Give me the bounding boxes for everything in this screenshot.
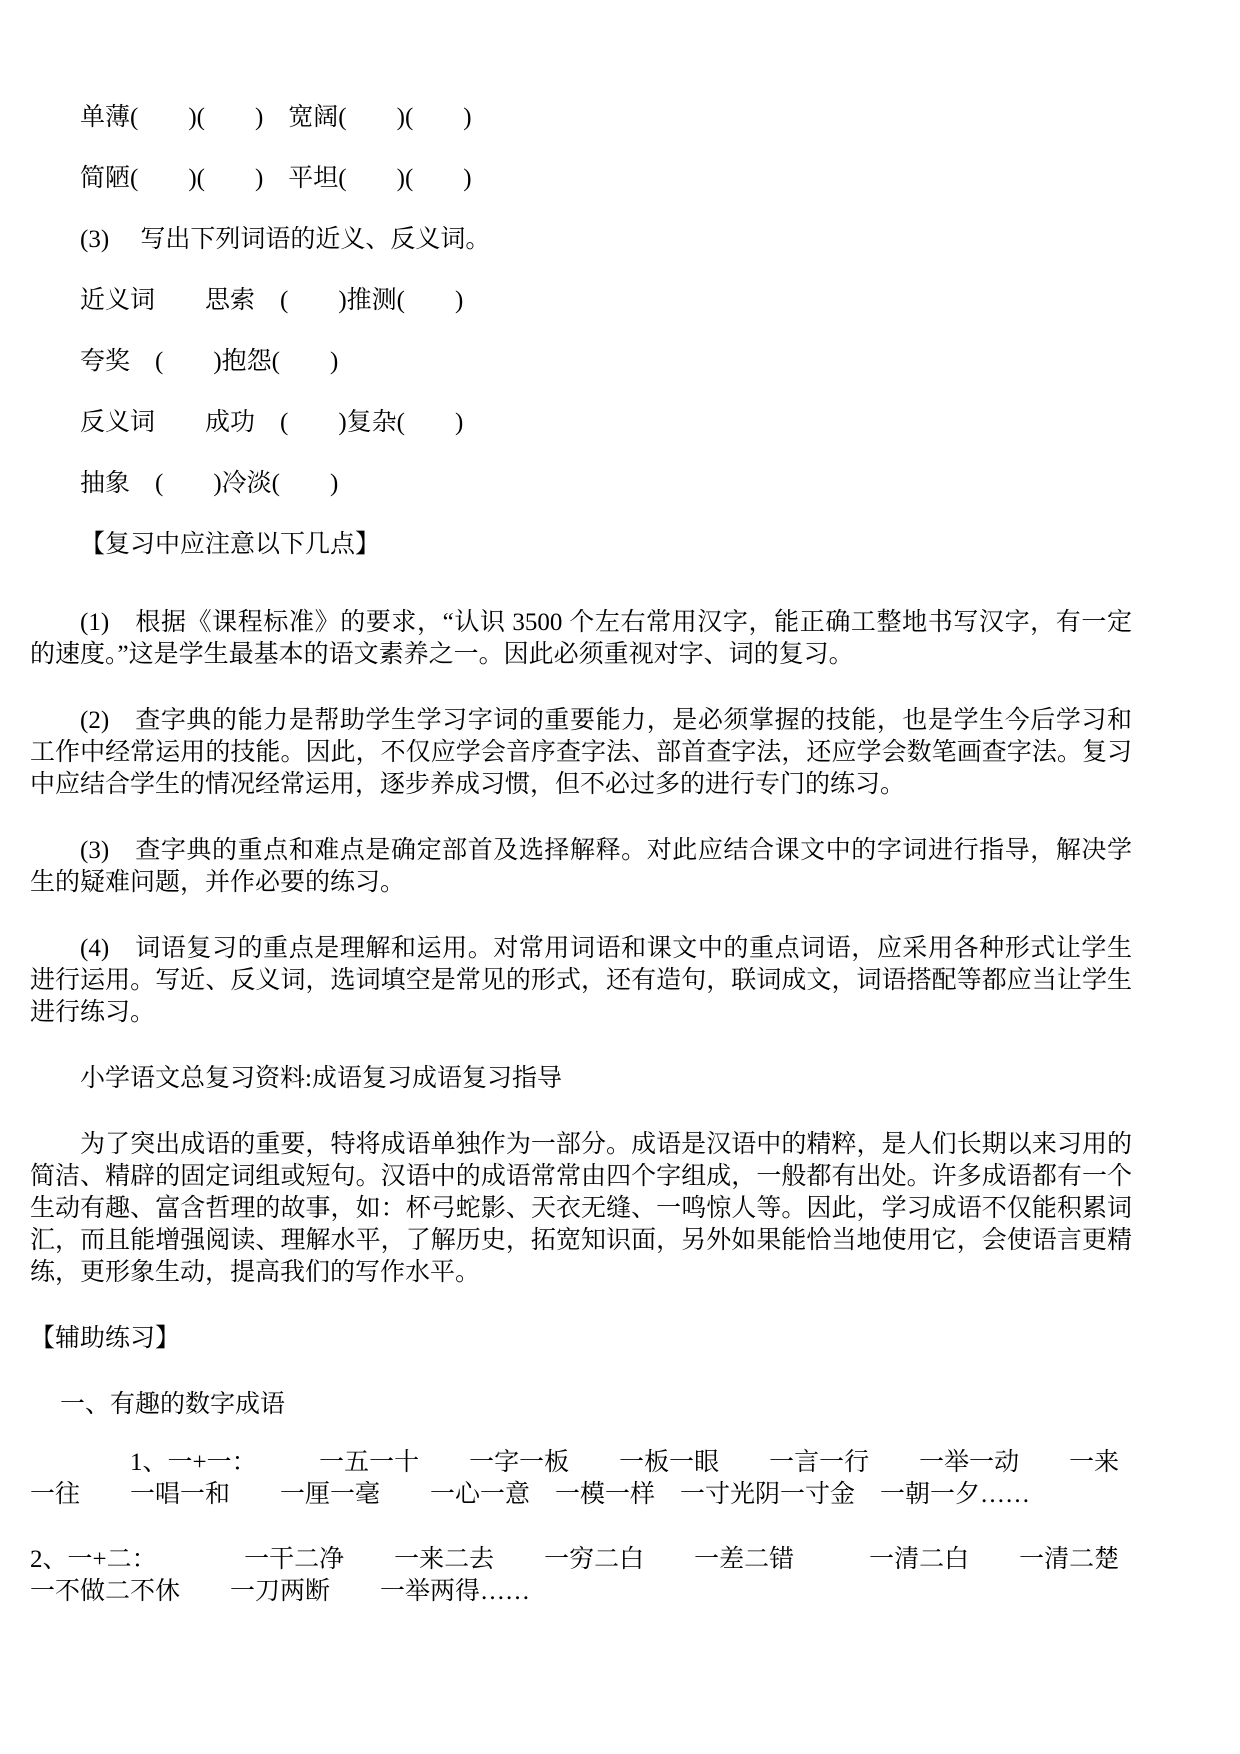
review-point: (4) 词语复习的重点是理解和运用。对常用词语和课文中的重点词语，应采用各种形式…	[30, 933, 1132, 1029]
synonym-line: 反义词 成功 ( )复杂( )	[30, 407, 1132, 439]
idiom-subtitle: 小学语文总复习资料:成语复习成语复习指导	[30, 1063, 1132, 1095]
review-point: (2) 查字典的能力是帮助学生学习字词的重要能力，是必须掌握的技能，也是学生今后…	[30, 705, 1132, 801]
review-notes-heading: 【复习中应注意以下几点】	[30, 529, 1132, 561]
review-point: (3) 查字典的重点和难点是确定部首及选择解释。对此应结合课文中的字词进行指导，…	[30, 835, 1132, 899]
practice-heading: 【辅助练习】	[30, 1323, 1132, 1355]
synonym-line: 抽象 ( )冷淡( )	[30, 468, 1132, 500]
idiom-group-one-plus-two: 2、一+二： 一干二净 一来二去 一穷二白 一差二错 一清二白 一清二楚 一不做…	[30, 1544, 1132, 1608]
idiom-intro: 为了突出成语的重要，特将成语单独作为一部分。成语是汉语中的精粹，是人们长期以来习…	[30, 1129, 1132, 1289]
synonym-line: 夸奖 ( )抱怨( )	[30, 346, 1132, 378]
synonym-line: 近义词 思索 ( )推测( )	[30, 285, 1132, 317]
review-point: (1) 根据《课程标准》的要求，“认识 3500 个左右常用汉字，能正确工整地书…	[30, 607, 1132, 671]
practice-subheading: 一、有趣的数字成语	[30, 1389, 1132, 1421]
fill-blank-line: 简陋( )( ) 平坦( )( )	[30, 163, 1132, 195]
fill-blank-line: 单薄( )( ) 宽阔( )( )	[30, 102, 1132, 134]
synonym-instruction: (3) 写出下列词语的近义、反义词。	[30, 224, 1132, 256]
document-page: 单薄( )( ) 宽阔( )( ) 简陋( )( ) 平坦( )( ) (3) …	[0, 0, 1240, 1754]
idiom-group-one-plus-one: 1、一+一： 一五一十 一字一板 一板一眼 一言一行 一举一动 一来一往 一唱一…	[30, 1447, 1132, 1511]
